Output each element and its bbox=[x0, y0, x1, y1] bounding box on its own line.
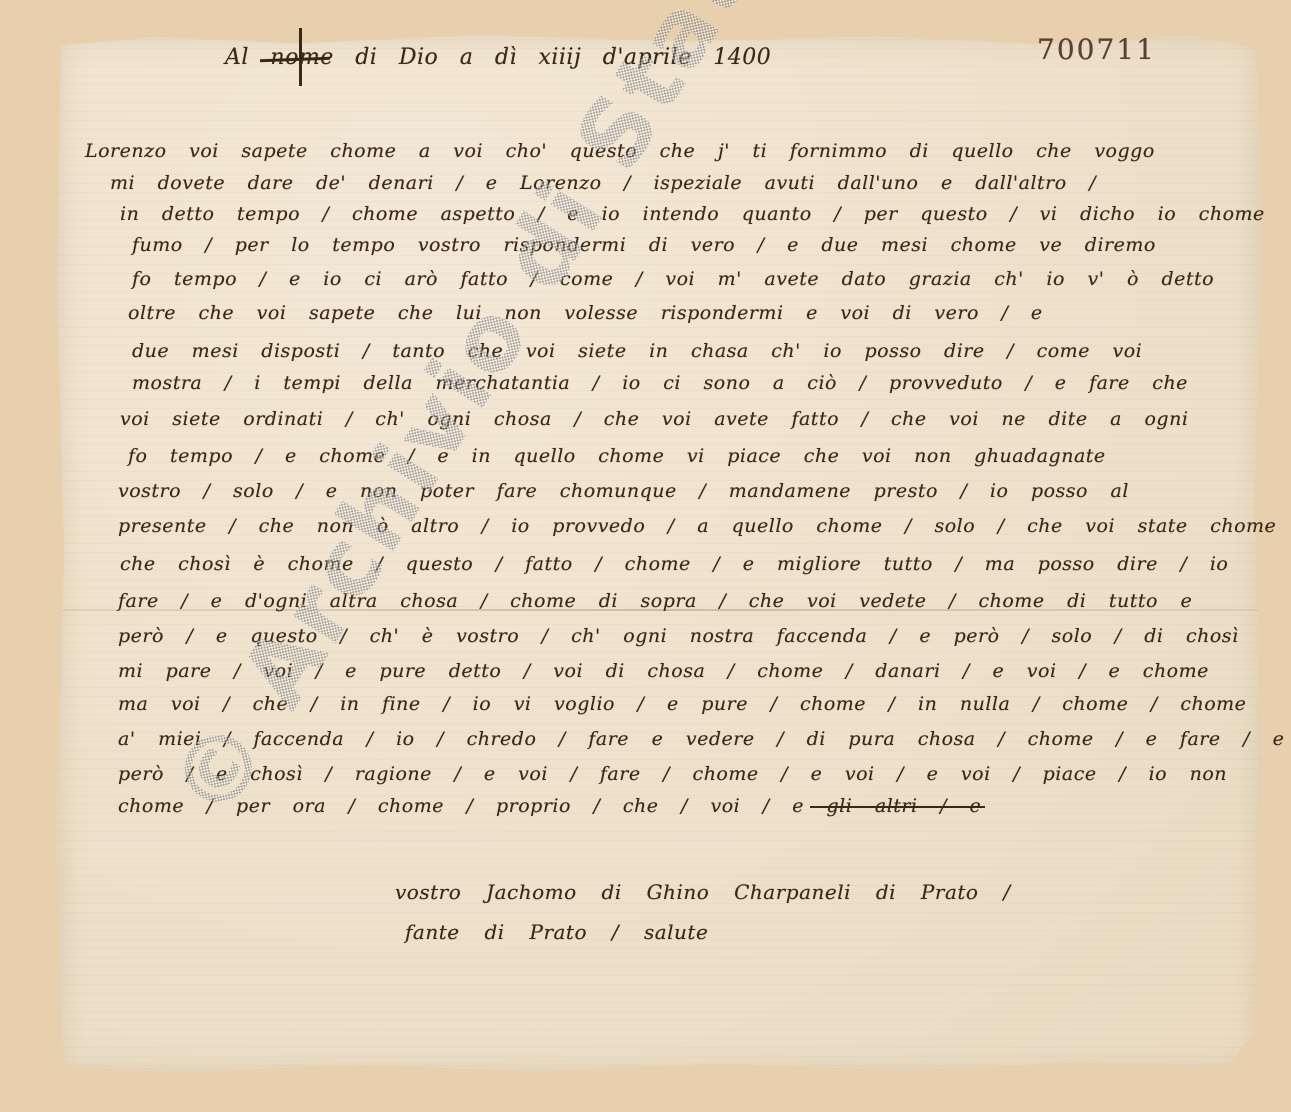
signature-line-1: vostro Jachomo di Ghino Charpaneli di Pr… bbox=[395, 880, 1011, 904]
body-line: mostra / i tempi della merchatantia / io… bbox=[132, 372, 1188, 394]
body-line: oltre che voi sapete che lui non volesse… bbox=[128, 302, 1043, 324]
body-line: vostro / solo / e non poter fare chomunq… bbox=[118, 480, 1129, 502]
body-line: fumo / per lo tempo vostro rispondermi d… bbox=[132, 234, 1156, 256]
archive-number: 700711 bbox=[1037, 33, 1156, 66]
closing-rule bbox=[810, 806, 985, 808]
body-line: in detto tempo / chome aspetto / e io in… bbox=[120, 203, 1265, 225]
body-line: due mesi disposti / tanto che voi siete … bbox=[132, 340, 1142, 362]
body-line: fo tempo / e io ci arò fatto / come / vo… bbox=[132, 268, 1214, 290]
body-line: voi siete ordinati / ch' ogni chosa / ch… bbox=[120, 408, 1188, 430]
body-line: presente / che non ò altro / io provvedo… bbox=[118, 515, 1276, 537]
signature-line-2: fante di Prato / salute bbox=[405, 920, 708, 944]
body-line: fo tempo / e chome / e in quello chome v… bbox=[128, 445, 1106, 467]
